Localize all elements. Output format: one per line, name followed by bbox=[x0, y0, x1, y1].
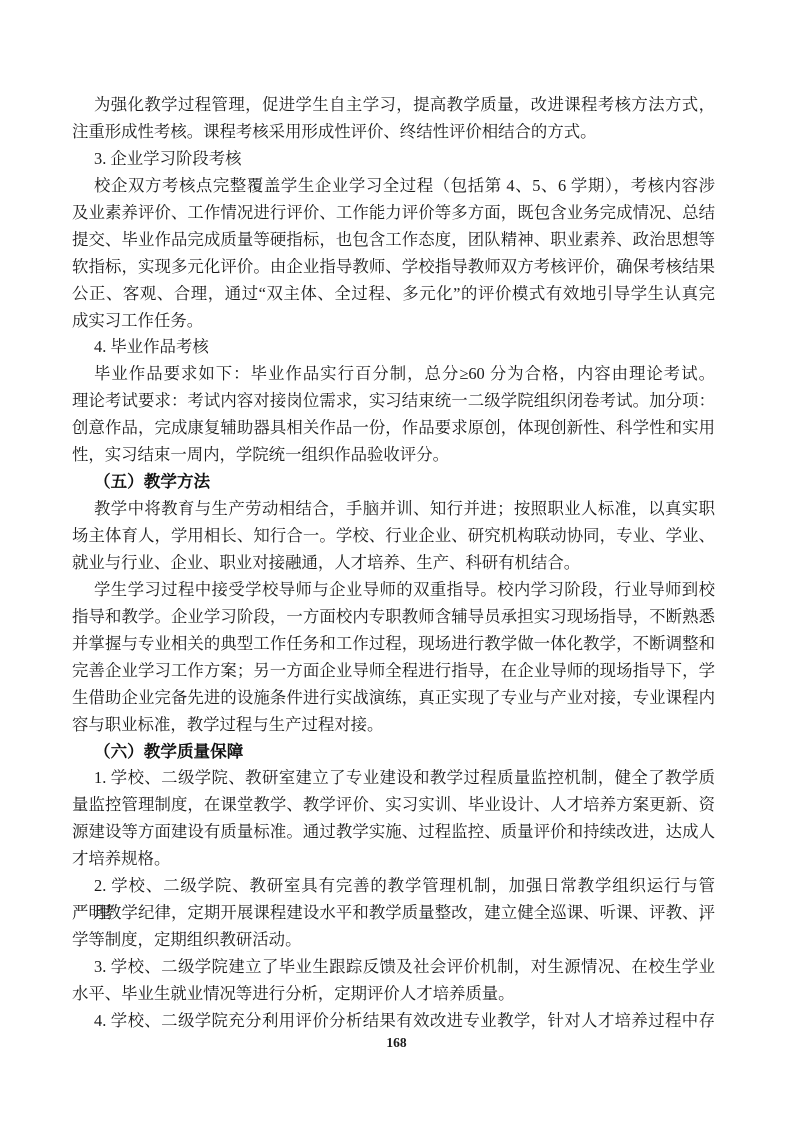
text-line: 2. 学校、二级学院、教研室具有完善的教学管理机制，加强日常教学组织运行与管理， bbox=[72, 873, 715, 900]
text-line: 4. 毕业作品考核 bbox=[72, 334, 715, 361]
text-line: 完善企业学习工作方案；另一方面企业导师全程进行指导，在企业导师的现场指导下，学 bbox=[72, 658, 715, 685]
text-line: 3. 企业学习阶段考核 bbox=[72, 146, 715, 173]
text-line: 学生学习过程中接受学校导师与企业导师的双重指导。校内学习阶段，行业导师到校 bbox=[72, 577, 715, 604]
text-line: 指导和教学。企业学习阶段，一方面校内专职教师含辅导员承担实习现场指导，不断熟悉 bbox=[72, 604, 715, 631]
text-line: 成实习工作任务。 bbox=[72, 308, 715, 335]
text-line: 为强化教学过程管理，促进学生自主学习，提高教学质量，改进课程考核方法方式， bbox=[72, 92, 715, 119]
text-line: 生借助企业完备先进的设施条件进行实战演练，真正实现了专业与产业对接，专业课程内 bbox=[72, 685, 715, 712]
text-line: 1. 学校、二级学院、教研室建立了专业建设和教学过程质量监控机制，健全了教学质 bbox=[72, 765, 715, 792]
text-line: 4. 学校、二级学院充分利用评价分析结果有效改进专业教学，针对人才培养过程中存 bbox=[72, 1008, 715, 1035]
text-line: 容与职业标准，教学过程与生产过程对接。 bbox=[72, 712, 715, 739]
document-page: 为强化教学过程管理，促进学生自主学习，提高教学质量，改进课程考核方法方式，注重形… bbox=[0, 0, 793, 1122]
text-line: 水平、毕业生就业情况等进行分析，定期评价人才培养质量。 bbox=[72, 981, 715, 1008]
text-line: 公正、客观、合理，通过“双主体、全过程、多元化”的评价模式有效地引导学生认真完 bbox=[72, 281, 715, 308]
text-line: 3. 学校、二级学院建立了毕业生跟踪反馈及社会评价机制，对生源情况、在校生学业 bbox=[72, 954, 715, 981]
text-line: 学等制度，定期组织教研活动。 bbox=[72, 927, 715, 954]
text-line: 及业素养评价、工作情况进行评价、工作能力评价等多方面，既包含业务完成情况、总结 bbox=[72, 200, 715, 227]
text-line: 软指标，实现多元化评价。由企业指导教师、学校指导教师双方考核评价，确保考核结果 bbox=[72, 254, 715, 281]
text-line: 理论考试要求：考试内容对接岗位需求，实习结束统一二级学院组织闭卷考试。加分项： bbox=[72, 388, 715, 415]
text-line: 注重形成性考核。课程考核采用形成性评价、终结性评价相结合的方式。 bbox=[72, 119, 715, 146]
text-line: 并掌握与专业相关的典型工作任务和工作过程，现场进行教学做一体化教学，不断调整和 bbox=[72, 631, 715, 658]
text-line: 毕业作品要求如下：毕业作品实行百分制，总分≥60 分为合格，内容由理论考试。 bbox=[72, 361, 715, 388]
text-line: 场主体育人，学用相长、知行合一。学校、行业企业、研究机构联动协同，专业、学业、 bbox=[72, 523, 715, 550]
text-line: 就业与行业、企业、职业对接融通，人才培养、生产、科研有机结合。 bbox=[72, 550, 715, 577]
text-line: 校企双方考核点完整覆盖学生企业学习全过程（包括第 4、5、6 学期），考核内容涉 bbox=[72, 173, 715, 200]
page-number: 168 bbox=[0, 1033, 793, 1053]
text-line: 才培养规格。 bbox=[72, 846, 715, 873]
text-line: 严明教学纪律，定期开展课程建设水平和教学质量整改，建立健全巡课、听课、评教、评 bbox=[72, 900, 715, 927]
text-line: 教学中将教育与生产劳动相结合，手脑并训、知行并进；按照职业人标准，以真实职 bbox=[72, 496, 715, 523]
text-line: 性，实习结束一周内，学院统一组织作品验收评分。 bbox=[72, 442, 715, 469]
text-line: 源建设等方面建设有质量标准。通过教学实施、过程监控、质量评价和持续改进，达成人 bbox=[72, 819, 715, 846]
text-line: 量监控管理制度，在课堂教学、教学评价、实习实训、毕业设计、人才培养方案更新、资 bbox=[72, 792, 715, 819]
section-heading: （六）教学质量保障 bbox=[72, 739, 715, 766]
text-line: 创意作品，完成康复辅助器具相关作品一份，作品要求原创，体现创新性、科学性和实用 bbox=[72, 415, 715, 442]
section-heading: （五）教学方法 bbox=[72, 469, 715, 496]
text-column: 为强化教学过程管理，促进学生自主学习，提高教学质量，改进课程考核方法方式，注重形… bbox=[72, 92, 715, 1035]
text-line: 提交、毕业作品完成质量等硬指标，也包含工作态度，团队精神、职业素养、政治思想等 bbox=[72, 227, 715, 254]
